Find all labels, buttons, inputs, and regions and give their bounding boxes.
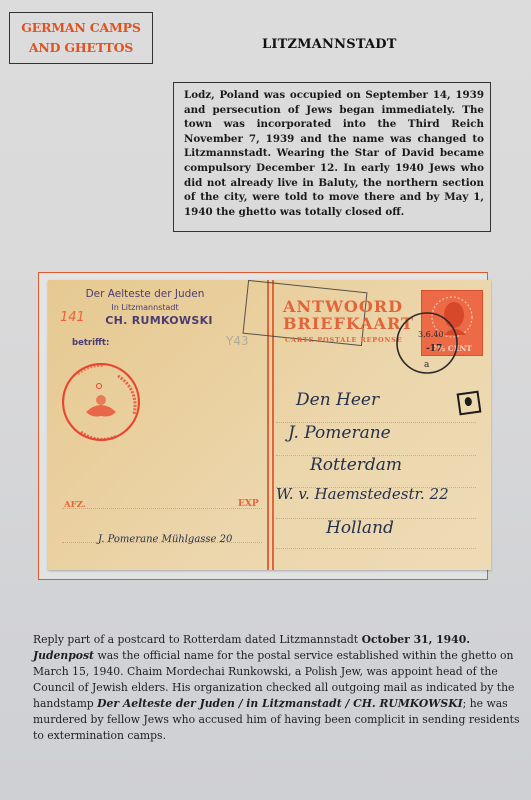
handstamp-line-1: Der Aelteste der Juden (60, 288, 230, 300)
recipient-line-3: Rotterdam (310, 455, 402, 475)
category-line-1: GERMAN CAMPS (10, 18, 152, 38)
page-title: LITZMANNSTADT (262, 37, 397, 52)
card-subtitle: CARTE POSTALE REPONSE (285, 336, 402, 344)
postcard: Der Aelteste der Juden In Litzmannstadt … (48, 280, 491, 570)
recipient-line-2: J. Pomerane (288, 423, 391, 443)
postmark-time: -17 (426, 344, 442, 354)
handstamp-line-3: CH. RUMKOWSKI (74, 314, 244, 327)
category-line-2: AND GHETTOS (10, 38, 152, 58)
red-file-number: 141 (60, 310, 85, 325)
category-label-box: GERMAN CAMPS AND GHETTOS (9, 12, 153, 64)
intro-text: Lodz, Poland was occupied on September 1… (184, 89, 484, 218)
exp-label: EXP (238, 499, 259, 509)
postmark-letter: a (424, 360, 429, 370)
censor-seal-icon (56, 356, 146, 448)
afz-label: AFZ. (64, 500, 86, 510)
sender-address-handwritten: J. Pomerane Mühlgasse 20 (98, 534, 232, 545)
sender-rule (62, 508, 262, 509)
caption-text: Reply part of a postcard to Rotterdam da… (33, 632, 521, 744)
caption-date: October 31, 1940. (362, 633, 470, 646)
handstamp-line-2: In Litzmannstadt (60, 303, 230, 312)
recipient-line-5: Holland (326, 518, 394, 538)
intro-text-box: Lodz, Poland was occupied on September 1… (173, 82, 491, 232)
caption-judenpost: Judenpost (33, 649, 94, 662)
address-rule (276, 548, 476, 549)
boxed-censor-mark-icon (457, 391, 482, 416)
postmark-date: 3.6.40 (418, 330, 443, 339)
caption-part-1: Reply part of a postcard to Rotterdam da… (33, 633, 362, 646)
caption-handstamp: Der Aelteste der Juden / in Litzmanstadt… (97, 697, 463, 710)
card-title-line-1: ANTWOORD (283, 298, 403, 315)
recipient-line-4: W. v. Haemstedestr. 22 (276, 485, 449, 503)
betrifft-label: betrifft: (72, 338, 109, 348)
pencil-note: Y43 (226, 334, 249, 348)
recipient-line-1: Den Heer (296, 390, 379, 410)
